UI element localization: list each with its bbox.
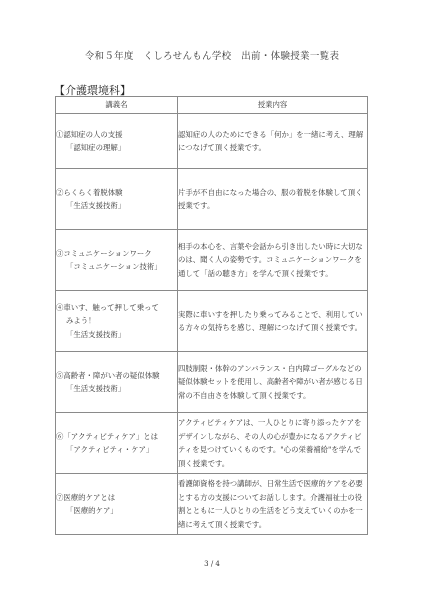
- lecture-subtitle: 「認知症の理解」: [56, 141, 177, 155]
- lecture-name: ⑤高齢者・障がい者の疑似体験: [56, 369, 177, 383]
- lecture-name: ②らくらく着脱体験: [56, 186, 177, 200]
- table-row: ⑥「アクティビティケア」とは 「アクティビティ・ケア」 アクティビティケアは、一…: [56, 413, 368, 474]
- lecture-name-cell: ①認知症の人の支援 「認知症の理解」: [56, 114, 178, 169]
- lecture-name: ⑥「アクティビティケア」とは: [56, 430, 177, 444]
- lesson-content: 看護師資格を持つ講師が、日常生活で医療的ケアを必要とする方の支援についてお話しし…: [178, 474, 368, 535]
- lecture-name-cell: ③コミュニケーションワーク 「コミュニケーション技術」: [56, 230, 178, 291]
- lesson-content: 片手が不自由になった場合の、服の着脱を体験して頂く授業です。: [178, 169, 368, 230]
- lecture-subtitle: 「アクティビティ・ケア」: [56, 443, 177, 457]
- column-header-lesson-content: 授業内容: [178, 97, 368, 114]
- column-header-lecture-name: 講義名: [56, 97, 178, 114]
- lecture-subtitle: 「生活支援技術」: [56, 328, 177, 342]
- table-row: ①認知症の人の支援 「認知症の理解」 認知症の人のためにできる「何か」を一緒に考…: [56, 114, 368, 169]
- lecture-name: ④車いす、触って押して乗って: [56, 301, 177, 315]
- table-header-row: 講義名 授業内容: [56, 97, 368, 114]
- table-row: ⑤高齢者・障がい者の疑似体験 「生活支援技術」 四肢制限・体幹のアンバランス・白…: [56, 352, 368, 413]
- table-row: ②らくらく着脱体験 「生活支援技術」 片手が不自由になった場合の、服の着脱を体験…: [56, 169, 368, 230]
- lecture-name-cell: ④車いす、触って押して乗って みよう！ 「生活支援技術」: [56, 291, 178, 352]
- page-number: 3 / 4: [0, 560, 424, 568]
- lesson-content: 認知症の人のためにできる「何か」を一緒に考え、理解につなげて頂く授業です。: [178, 114, 368, 169]
- lecture-subtitle: 「コミュニケーション技術」: [56, 260, 177, 274]
- lecture-name-cell: ②らくらく着脱体験 「生活支援技術」: [56, 169, 178, 230]
- page-title: 令和５年度 くしろせんもん学校 出前・体験授業一覧表: [0, 48, 424, 62]
- lecture-name: ①認知症の人の支援: [56, 128, 177, 142]
- lesson-content: 実際に車いすを押したり乗ってみることで、利用している方々の気持ちを感じ、理解につ…: [178, 291, 368, 352]
- lesson-content: アクティビティケアは、一人ひとりに寄り添ったケアをデザインしながら、その人の心が…: [178, 413, 368, 474]
- lecture-subtitle: 「生活支援技術」: [56, 199, 177, 213]
- lesson-table: 講義名 授業内容 ①認知症の人の支援 「認知症の理解」 認知症の人のためにできる…: [55, 96, 368, 535]
- lecture-name-cell: ⑥「アクティビティケア」とは 「アクティビティ・ケア」: [56, 413, 178, 474]
- lecture-name-cell: ⑤高齢者・障がい者の疑似体験 「生活支援技術」: [56, 352, 178, 413]
- lecture-name-continuation: みよう！: [56, 314, 177, 328]
- lecture-name: ③コミュニケーションワーク: [56, 247, 177, 261]
- lesson-content: 四肢制限・体幹のアンバランス・白内障ゴーグルなどの疑似体験セットを使用し、高齢者…: [178, 352, 368, 413]
- table-row: ⑦医療的ケアとは 「医療的ケア」 看護師資格を持つ講師が、日常生活で医療的ケアを…: [56, 474, 368, 535]
- lecture-subtitle: 「医療的ケア」: [56, 504, 177, 518]
- table-row: ③コミュニケーションワーク 「コミュニケーション技術」 相手の本心を、言葉や会話…: [56, 230, 368, 291]
- lesson-content: 相手の本心を、言葉や会話から引き出したい時に大切なのは、聞く人の姿勢です。コミュ…: [178, 230, 368, 291]
- table-row: ④車いす、触って押して乗って みよう！ 「生活支援技術」 実際に車いすを押したり…: [56, 291, 368, 352]
- lecture-name-cell: ⑦医療的ケアとは 「医療的ケア」: [56, 474, 178, 535]
- lecture-subtitle: 「生活支援技術」: [56, 382, 177, 396]
- lecture-name: ⑦医療的ケアとは: [56, 491, 177, 505]
